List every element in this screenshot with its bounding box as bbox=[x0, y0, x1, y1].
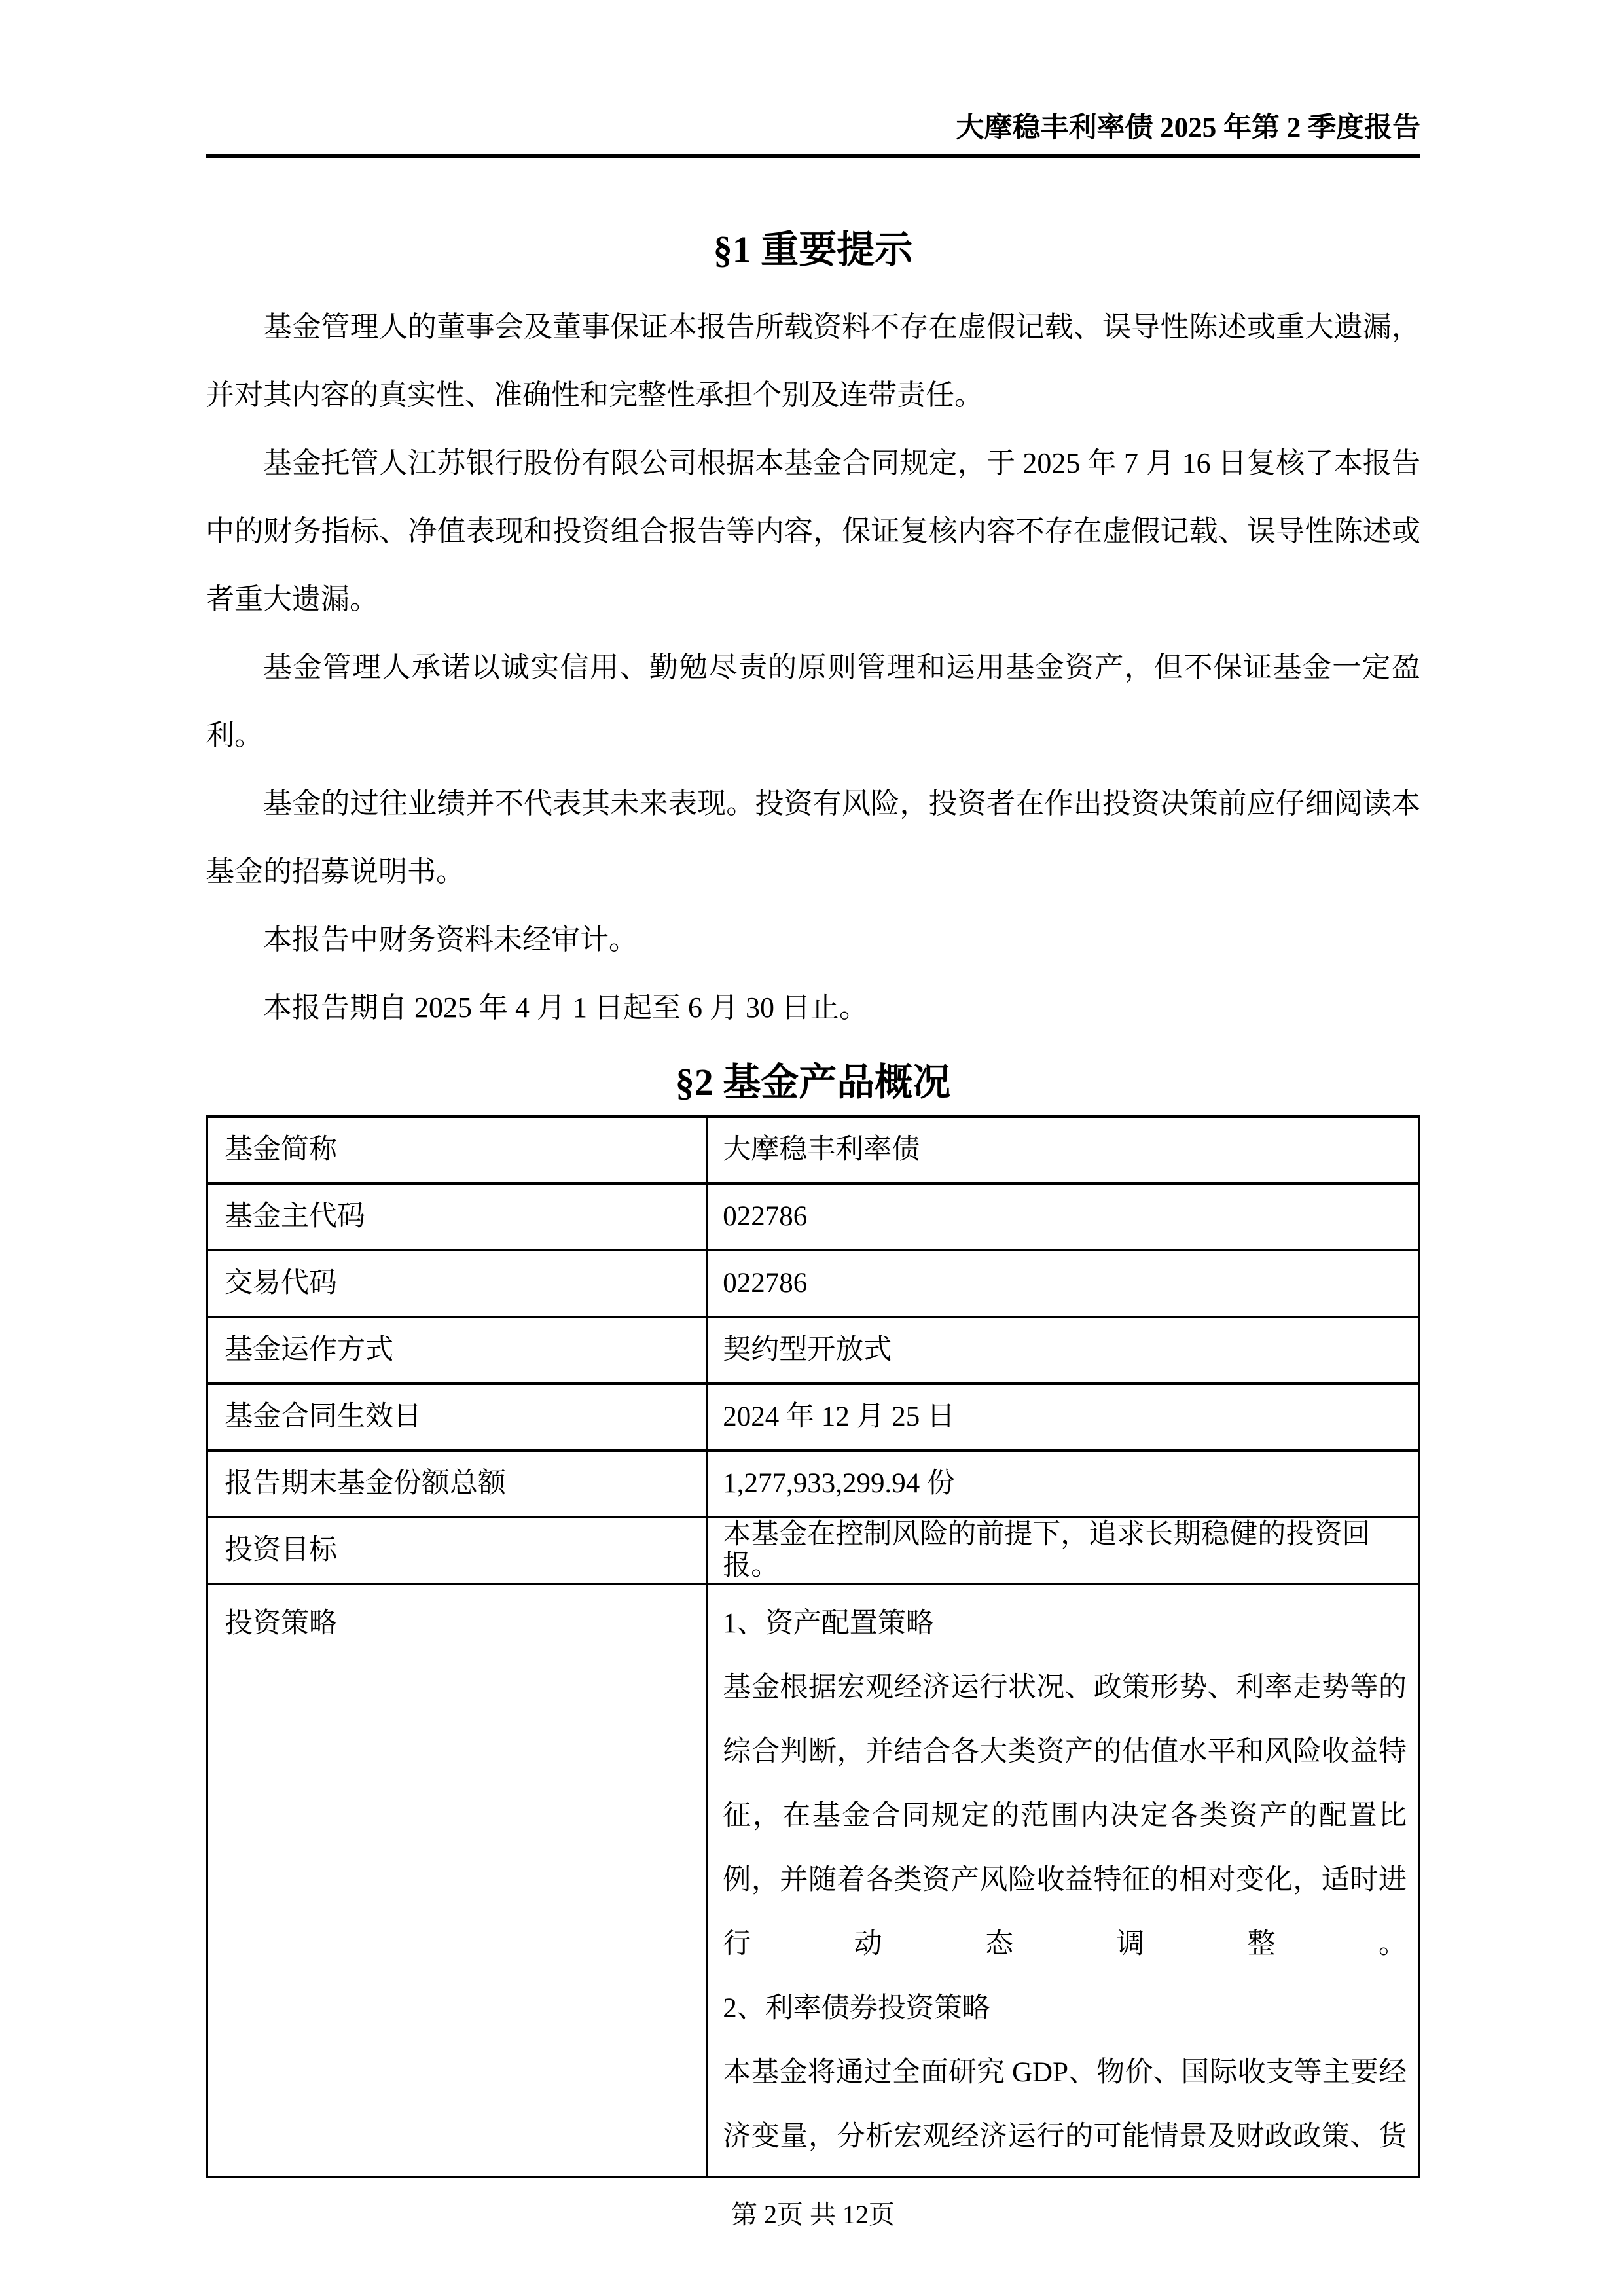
field-label-cell: 基金运作方式 bbox=[207, 1317, 708, 1384]
paragraph-custodian-review: 基金托管人江苏银行股份有限公司根据本基金合同规定，于 2025 年 7 月 16… bbox=[206, 429, 1420, 634]
table-row-total-shares: 报告期末基金份额总额 1,277,933,299.94 份 bbox=[207, 1450, 1420, 1517]
table-row-investment-objective: 投资目标 本基金在控制风险的前提下，追求长期稳健的投资回报。 bbox=[207, 1517, 1420, 1584]
strategy-heading-rate-bond: 2、利率债券投资策略 bbox=[723, 1977, 1407, 2041]
field-value: 022786 bbox=[723, 1201, 807, 1232]
table-row-investment-strategy: 投资策略 1、资产配置策略 基金根据宏观经济运行状况、政策形势、利率走势等的综合… bbox=[207, 1584, 1420, 2177]
field-label: 投资目标 bbox=[225, 1535, 337, 1566]
field-value: 大摩稳丰利率债 bbox=[723, 1134, 920, 1165]
field-label-cell: 交易代码 bbox=[207, 1250, 708, 1317]
field-value-cell: 契约型开放式 bbox=[708, 1317, 1420, 1384]
field-label: 基金运作方式 bbox=[225, 1335, 393, 1365]
field-value-cell: 022786 bbox=[708, 1250, 1420, 1317]
paragraph-disclaimer-board: 基金管理人的董事会及董事保证本报告所载资料不存在虚假记载、误导性陈述或重大遗漏，… bbox=[206, 293, 1420, 429]
field-value: 契约型开放式 bbox=[723, 1335, 892, 1365]
field-label: 投资策略 bbox=[225, 1608, 337, 1639]
field-value: 022786 bbox=[723, 1268, 807, 1299]
field-value-cell: 1,277,933,299.94 份 bbox=[708, 1450, 1420, 1517]
page-footer: 第 2页 共 12页 bbox=[206, 2197, 1420, 2233]
field-value: 1,277,933,299.94 份 bbox=[723, 1468, 955, 1499]
table-row-fund-main-code: 基金主代码 022786 bbox=[207, 1183, 1420, 1250]
strategy-rate-bond-text: 本基金将通过全面研究 GDP、物价、国际收支等主要经济变量，分析宏观经济运行的可… bbox=[723, 2041, 1407, 2169]
section1-title: §1 重要提示 bbox=[206, 224, 1420, 276]
paragraph-report-period: 本报告期自 2025 年 4 月 1 日起至 6 月 30 日止。 bbox=[206, 974, 1420, 1042]
section1-title-text: §1 重要提示 bbox=[713, 228, 913, 271]
field-label-cell: 基金简称 bbox=[207, 1117, 708, 1183]
table-row-contract-effective-date: 基金合同生效日 2024 年 12 月 25 日 bbox=[207, 1384, 1420, 1450]
paragraph-manager-promise: 基金管理人承诺以诚实信用、勤勉尽责的原则管理和运用基金资产，但不保证基金一定盈利… bbox=[206, 634, 1420, 770]
field-label: 报告期末基金份额总额 bbox=[225, 1468, 506, 1499]
field-value: 2024 年 12 月 25 日 bbox=[723, 1401, 955, 1432]
field-value-cell: 2024 年 12 月 25 日 bbox=[708, 1384, 1420, 1450]
section2-title: §2 基金产品概况 bbox=[206, 1056, 1420, 1109]
field-label: 基金主代码 bbox=[225, 1201, 365, 1232]
field-label: 交易代码 bbox=[225, 1268, 337, 1299]
paragraph-unaudited: 本报告中财务资料未经审计。 bbox=[206, 906, 1420, 974]
fund-overview-table: 基金简称 大摩稳丰利率债 基金主代码 022786 交易代码 0 bbox=[206, 1115, 1420, 2178]
header-title: 大摩稳丰利率债 2025 年第 2 季度报告 bbox=[956, 113, 1421, 143]
field-label-cell: 报告期末基金份额总额 bbox=[207, 1450, 708, 1517]
strategy-asset-allocation-text: 基金根据宏观经济运行状况、政策形势、利率走势等的综合判断，并结合各大类资产的估值… bbox=[723, 1656, 1407, 1977]
table-row-trading-code: 交易代码 022786 bbox=[207, 1250, 1420, 1317]
field-value-cell: 022786 bbox=[708, 1183, 1420, 1250]
section1-body: 基金管理人的董事会及董事保证本报告所载资料不存在虚假记载、误导性陈述或重大遗漏，… bbox=[206, 293, 1420, 1042]
field-label-cell: 基金合同生效日 bbox=[207, 1384, 708, 1450]
field-value-cell: 大摩稳丰利率债 bbox=[708, 1117, 1420, 1183]
page-header: 大摩稳丰利率债 2025 年第 2 季度报告 bbox=[206, 0, 1420, 158]
strategy-heading-asset-allocation: 1、资产配置策略 bbox=[723, 1592, 1407, 1656]
field-value: 本基金在控制风险的前提下，追求长期稳健的投资回报。 bbox=[723, 1519, 1370, 1581]
field-label: 基金简称 bbox=[225, 1134, 337, 1165]
field-label-cell: 投资策略 bbox=[207, 1584, 708, 2177]
field-label: 基金合同生效日 bbox=[225, 1401, 422, 1432]
paragraph-past-performance: 基金的过往业绩并不代表其未来表现。投资有风险，投资者在作出投资决策前应仔细阅读本… bbox=[206, 770, 1420, 906]
report-page: 大摩稳丰利率债 2025 年第 2 季度报告 §1 重要提示 基金管理人的董事会… bbox=[0, 0, 1624, 2296]
field-value-cell: 1、资产配置策略 基金根据宏观经济运行状况、政策形势、利率走势等的综合判断，并结… bbox=[708, 1584, 1420, 2177]
section2-title-text: §2 基金产品概况 bbox=[676, 1061, 951, 1103]
field-label-cell: 投资目标 bbox=[207, 1517, 708, 1584]
field-label-cell: 基金主代码 bbox=[207, 1183, 708, 1250]
field-value-cell: 本基金在控制风险的前提下，追求长期稳健的投资回报。 bbox=[708, 1517, 1420, 1584]
table-row-fund-short-name: 基金简称 大摩稳丰利率债 bbox=[207, 1117, 1420, 1183]
table-row-operation-mode: 基金运作方式 契约型开放式 bbox=[207, 1317, 1420, 1384]
